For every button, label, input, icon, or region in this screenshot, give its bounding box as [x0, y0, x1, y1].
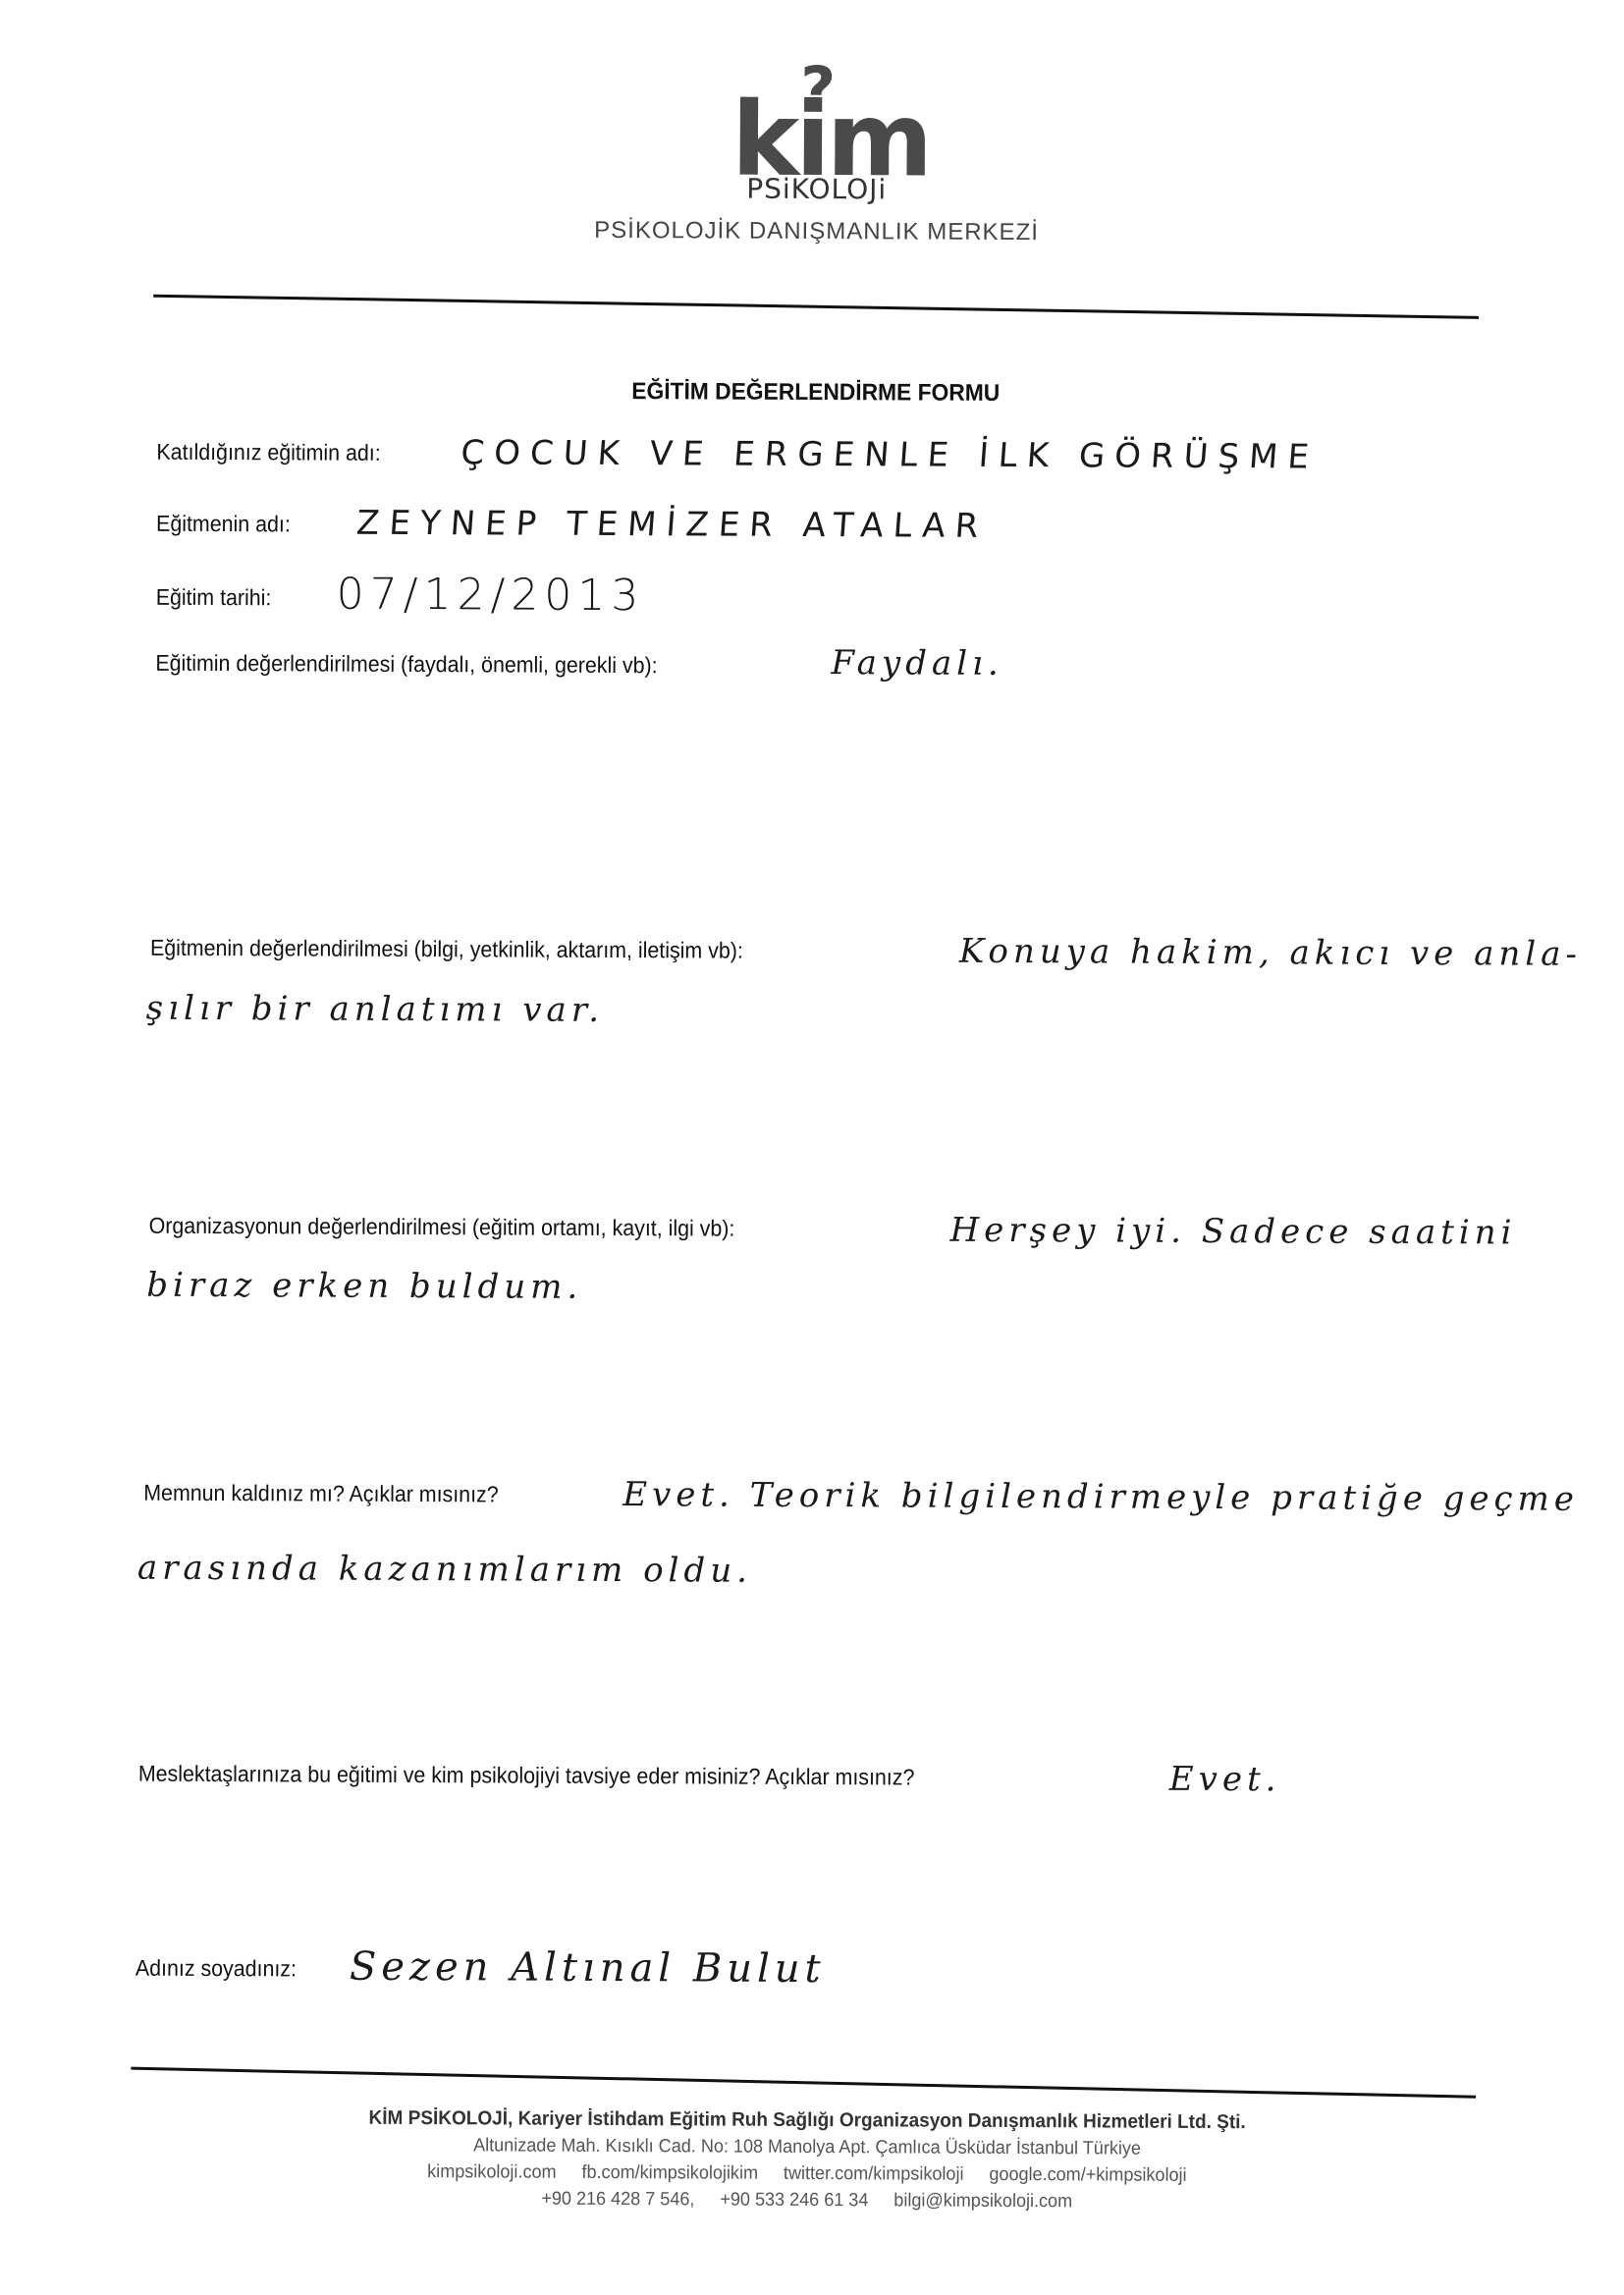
footer-links: kimpsikoloji.com fb.com/kimpsikolojikim … [35, 2159, 1578, 2189]
footer-divider [131, 2067, 1476, 2099]
organization-evaluation-value[interactable]: Herşey iyi. Sadece saatini [949, 1211, 1516, 1253]
logo-question-mark-icon: ? [800, 53, 836, 125]
training-date-value[interactable]: 07/12/2013 [337, 570, 645, 622]
footer-contact: +90 216 428 7 546, +90 533 246 61 34 bil… [35, 2186, 1578, 2215]
phone-2: +90 533 246 61 34 [720, 2190, 868, 2212]
trainer-evaluation-value[interactable]: Konuya hakim, akıcı ve anla- [959, 932, 1582, 974]
training-evaluation-label: Eğitimin değerlendirilmesi (faydalı, öne… [155, 650, 657, 679]
trainer-evaluation-label: Eğitmenin değerlendirilmesi (bilgi, yetk… [150, 935, 743, 964]
header-divider [153, 295, 1479, 319]
form-title: EĞİTİM DEĞERLENDİRME FORMU [44, 375, 1587, 410]
organization-evaluation-label: Organizasyonun değerlendirilmesi (eğitim… [149, 1213, 735, 1242]
trainer-name-label: Eğitmenin adı: [156, 511, 291, 538]
email-link[interactable]: bilgi@kimpsikoloji.com [893, 2190, 1072, 2212]
footer-company-name: KİM PSİKOLOJİ, Kariyer İstihdam Eğitim R… [35, 2105, 1578, 2136]
trainer-name-value[interactable]: ZEYNEP TEMİZER ATALAR [355, 504, 990, 546]
satisfaction-value[interactable]: Evet. Teorik bilgilendirmeyle pratiğe ge… [623, 1475, 1579, 1519]
google-plus-link[interactable]: google.com/+kimpsikoloji [989, 2164, 1186, 2186]
website-link[interactable]: kimpsikoloji.com [427, 2161, 556, 2183]
training-name-label: Katıldığınız eğitimin adı: [156, 439, 380, 466]
facebook-link[interactable]: fb.com/kimpsikolojikim [581, 2162, 758, 2184]
satisfaction-value-continued[interactable]: arasında kazanımlarım oldu. [137, 1549, 752, 1591]
scanned-form-page: kim ? PSiKOLOJi PSİKOLOJİK DANIŞMANLIK M… [0, 0, 1624, 2295]
training-evaluation-value[interactable]: Faydalı. [831, 643, 1003, 683]
recommendation-label: Meslektaşlarınıza bu eğitimi ve kim psik… [138, 1761, 915, 1791]
recommendation-value[interactable]: Evet. [1169, 1760, 1281, 1800]
training-name-value[interactable]: ÇOCUK VE ERGENLE İLK GÖRÜŞME [460, 433, 1320, 476]
trainer-evaluation-value-continued[interactable]: şılır bir anlatımı var. [146, 989, 605, 1030]
logo-tagline: PSİKOLOJİK DANIŞMANLIK MERKEZİ [4, 214, 1624, 249]
twitter-link[interactable]: twitter.com/kimpsikoloji [784, 2163, 964, 2185]
satisfaction-label: Memnun kaldınız mı? Açıklar mısınız? [143, 1480, 499, 1508]
phone-1: +90 216 428 7 546, [541, 2189, 694, 2211]
training-date-label: Eğitim tarihi: [156, 584, 272, 612]
logo-brand-text: PSiKOLOJi [5, 169, 1624, 209]
organization-evaluation-value-continued[interactable]: biraz erken buldum. [146, 1266, 582, 1307]
full-name-signature[interactable]: Sezen Altınal Bulut [350, 1944, 826, 1992]
full-name-label: Adınız soyadınız: [135, 1955, 297, 1983]
footer-address: Altunizade Mah. Kısıklı Cad. No: 108 Man… [35, 2133, 1578, 2162]
